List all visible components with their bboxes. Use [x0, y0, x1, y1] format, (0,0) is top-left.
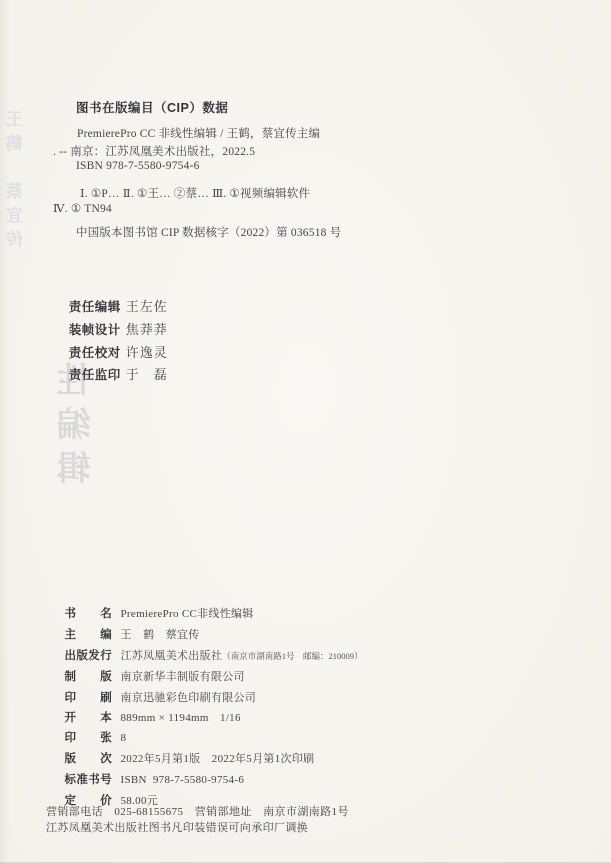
cip-record-number-line: 中国版本图书馆 CIP 数据核字（2022）第 036518 号 [76, 224, 341, 240]
credit-row-print-supervisor: 责任监印于 磊 [50, 349, 168, 398]
cip-classification-line-1: Ⅰ. ①P… Ⅱ. ①王… ②蔡… Ⅲ. ①视频编辑软件 [80, 185, 310, 201]
cip-classification-line-2: Ⅳ. ① TN94 [53, 201, 112, 215]
cip-title-line: PremierePro CC 非线性编辑 / 王鹤，蔡宜传主编 [77, 125, 320, 141]
credit-label: 责任监印 [69, 365, 126, 383]
colophon-value: 889mm × 1194mm 1/16 [121, 712, 241, 724]
cip-publisher-line: . -- 南京：江苏凤凰美术出版社，2022.5 [53, 143, 255, 159]
marketing-contact-line: 营销部电话 025-68155675 营销部地址 南京市湖南路1号 [46, 803, 349, 819]
credit-value: 于 磊 [126, 367, 168, 382]
cip-isbn-line: ISBN 978-7-5580-9754-6 [76, 160, 200, 172]
showthrough-author-ghost-text: 王鹤 蔡宜传 [4, 110, 29, 254]
misprint-exchange-notice: 江苏凤凰美术出版社图书凡印装错误可向承印厂调换 [46, 819, 308, 835]
book-copyright-page: 王鹤 蔡宜传 性编辑 图书在版编目（CIP）数据 PremierePro CC … [0, 0, 611, 864]
cip-header: 图书在版编目（CIP）数据 [76, 98, 228, 116]
